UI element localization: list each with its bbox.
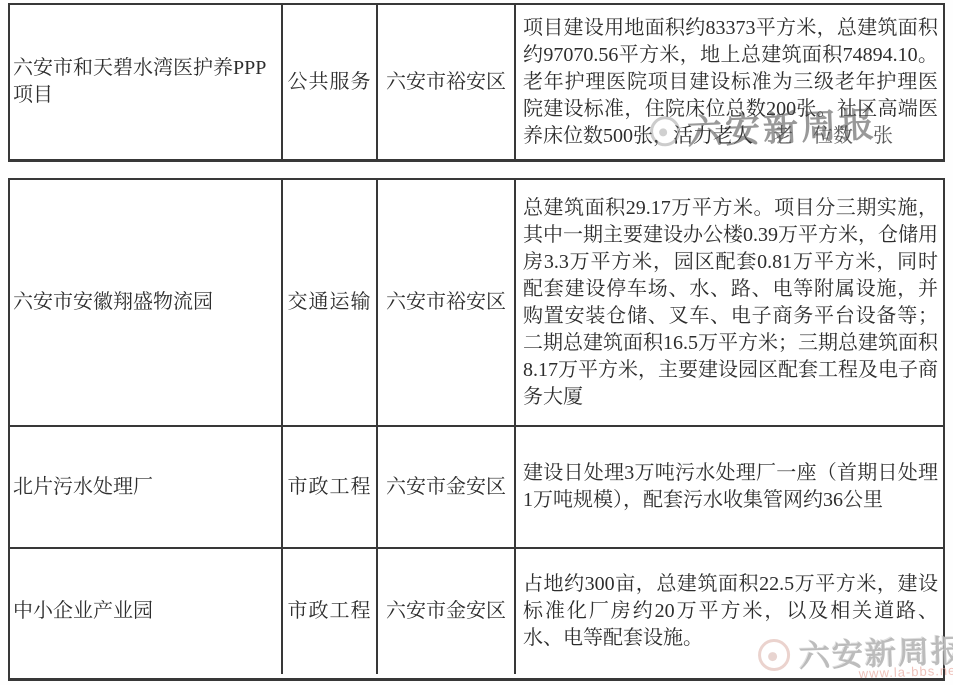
table-fragment-bottom: 六安市安徽翔盛物流园 交通运输 六安市裕安区 总建筑面积29.17万平方米。项目…: [8, 178, 945, 681]
project-district-cell: 六安市裕安区: [378, 5, 516, 159]
project-name-cell: 六安市和天碧水湾医护养PPP项目: [10, 5, 283, 159]
project-category-cell: 交通运输: [283, 180, 378, 425]
table-row: 六安市安徽翔盛物流园 交通运输 六安市裕安区 总建筑面积29.17万平方米。项目…: [10, 180, 943, 425]
description-obscured-text: 老 位数 张: [753, 125, 893, 147]
project-district-cell: 六安市金安区: [378, 549, 516, 674]
project-description-cell: 项目建设用地面积约83373平方米，总建筑面积约97070.56平方米，地上总建…: [516, 5, 943, 159]
project-category-cell: 公共服务: [283, 5, 378, 159]
project-district: 六安市金安区: [386, 598, 506, 625]
table-row: 北片污水处理厂 市政工程 六安市金安区 建设日处理3万吨污水处理厂一座（首期日处…: [10, 425, 943, 547]
project-category: 市政工程: [288, 474, 372, 501]
project-name-cell: 北片污水处理厂: [10, 427, 283, 547]
project-description-cell: 建设日处理3万吨污水处理厂一座（首期日处理1万吨规模），配套污水收集管网约36公…: [516, 427, 943, 547]
project-district: 六安市金安区: [386, 474, 506, 501]
project-description-cell: 总建筑面积29.17万平方米。项目分三期实施，其中一期主要建设办公楼0.39万平…: [516, 180, 943, 425]
project-name: 中小企业产业园: [13, 598, 153, 625]
project-description: 建设日处理3万吨污水处理厂一座（首期日处理1万吨规模），配套污水收集管网约36公…: [523, 460, 938, 514]
project-district-cell: 六安市金安区: [378, 427, 516, 547]
project-name: 北片污水处理厂: [13, 474, 153, 501]
project-district-cell: 六安市裕安区: [378, 180, 516, 425]
project-description: 项目建设用地面积约83373平方米，总建筑面积约97070.56平方米，地上总建…: [523, 15, 938, 150]
project-name-cell: 六安市安徽翔盛物流园: [10, 180, 283, 425]
project-name-cell: 中小企业产业园: [10, 549, 283, 674]
table-row: 六安市和天碧水湾医护养PPP项目 公共服务 六安市裕安区 项目建设用地面积约83…: [10, 5, 943, 159]
project-category-cell: 市政工程: [283, 549, 378, 674]
project-name: 六安市和天碧水湾医护养PPP项目: [13, 55, 277, 109]
project-category: 市政工程: [288, 598, 372, 625]
project-name: 六安市安徽翔盛物流园: [13, 289, 213, 316]
project-description: 占地约300亩，总建筑面积22.5万平方米，建设标准化厂房约20万平方米，以及相…: [523, 571, 938, 652]
project-category-cell: 市政工程: [283, 427, 378, 547]
project-description-cell: 占地约300亩，总建筑面积22.5万平方米，建设标准化厂房约20万平方米，以及相…: [516, 549, 943, 674]
table-fragment-top: 六安市和天碧水湾医护养PPP项目 公共服务 六安市裕安区 项目建设用地面积约83…: [8, 3, 945, 162]
article-table-screenshot: 六安市和天碧水湾医护养PPP项目 公共服务 六安市裕安区 项目建设用地面积约83…: [0, 0, 953, 685]
table-row: 中小企业产业园 市政工程 六安市金安区 占地约300亩，总建筑面积22.5万平方…: [10, 547, 943, 674]
project-category: 公共服务: [288, 69, 372, 96]
project-district: 六安市裕安区: [386, 69, 506, 96]
project-description: 总建筑面积29.17万平方米。项目分三期实施，其中一期主要建设办公楼0.39万平…: [523, 195, 938, 411]
project-district: 六安市裕安区: [386, 289, 506, 316]
project-category: 交通运输: [288, 289, 372, 316]
